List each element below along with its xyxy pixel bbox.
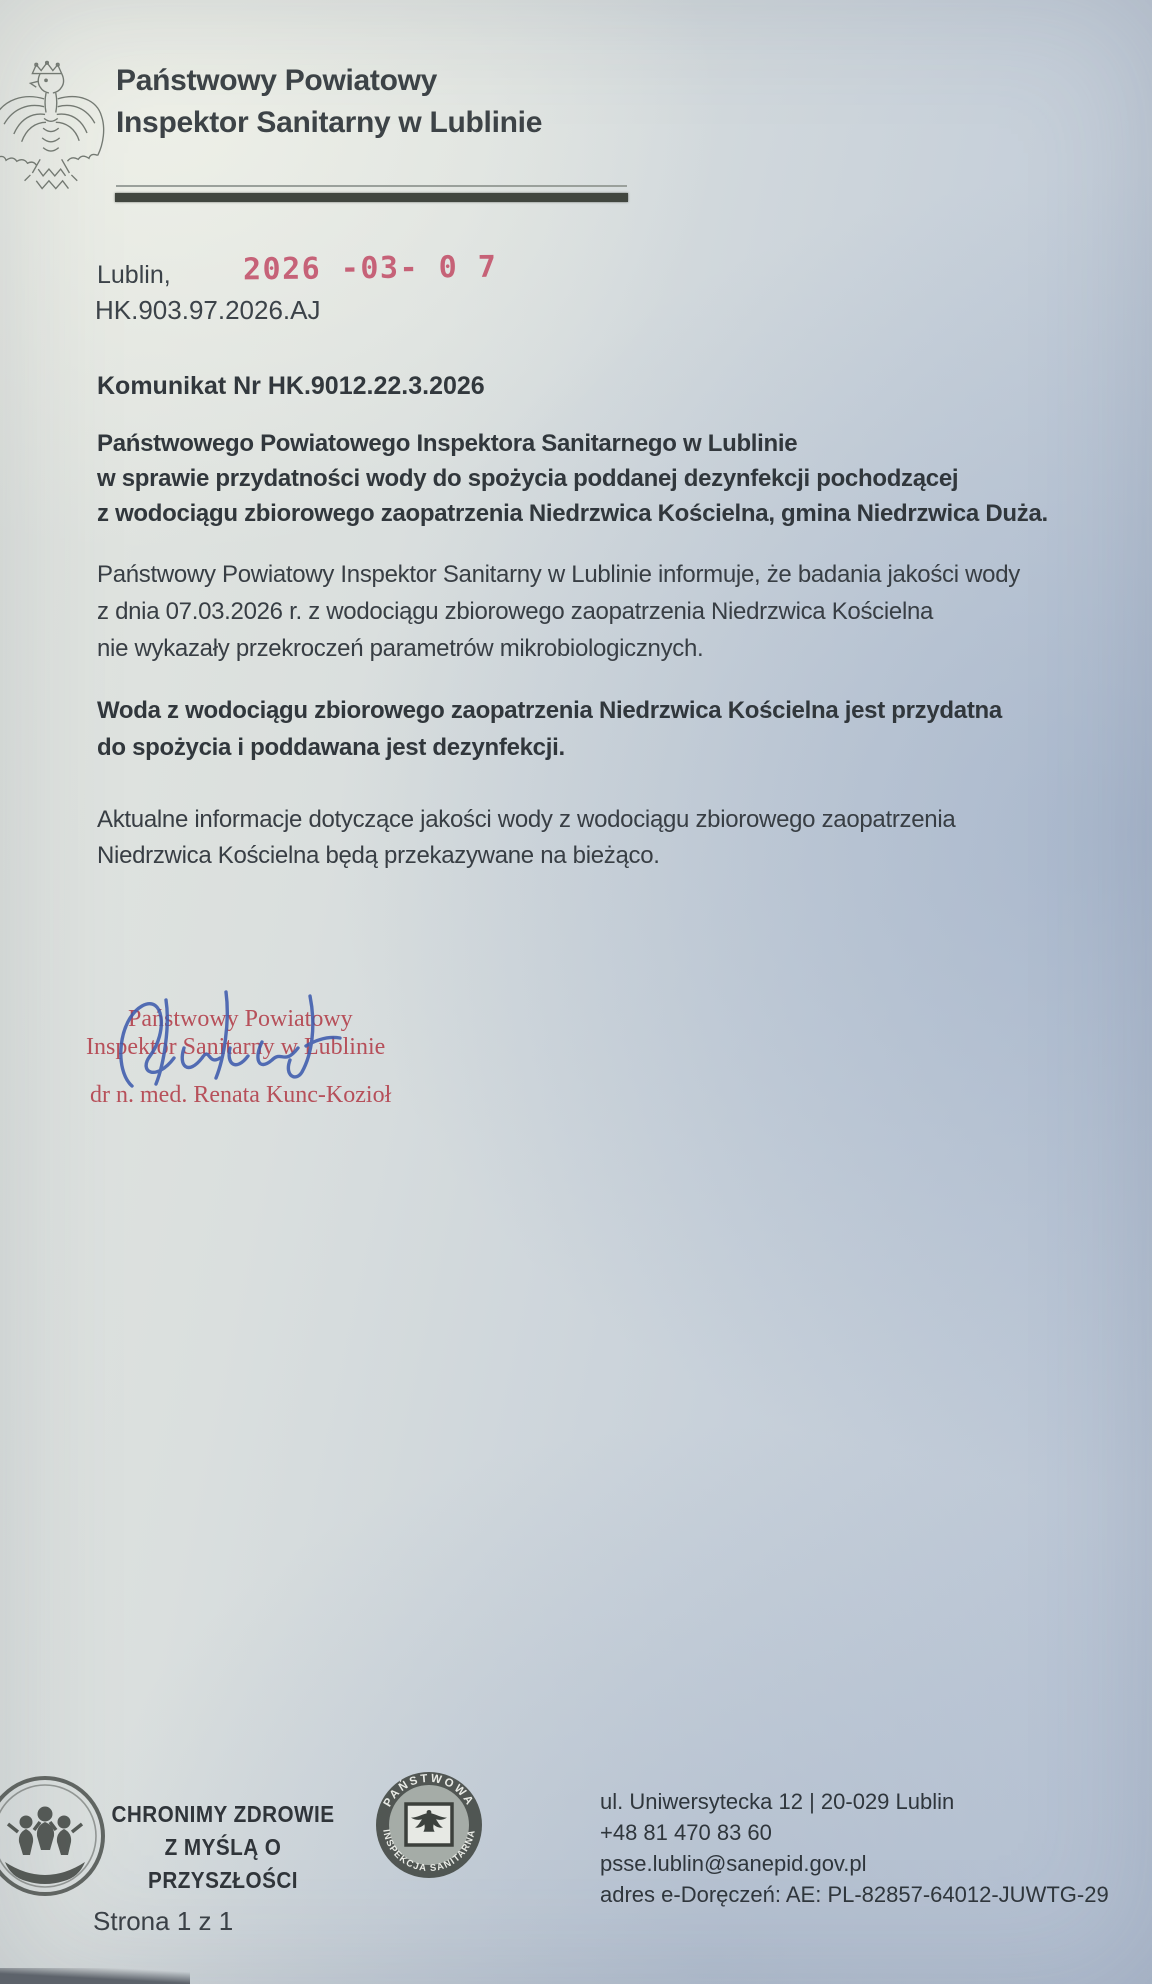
sanitary-inspection-badge-icon: PAŃSTWOWA INSPEKCJA SANITARNA [372, 1768, 486, 1882]
letterhead-title: Państwowy Powiatowy Inspektor Sanitarny … [116, 60, 542, 144]
subject-paragraph: Państwowego Powiatowego Inspektora Sanit… [97, 426, 1048, 531]
footer-address: ul. Uniwersytecka 12 | 20-029 Lublin [600, 1786, 1109, 1817]
subject-line: w sprawie przydatności wody do spożycia … [97, 461, 1048, 496]
footer-slogan: CHRONIMY ZDROWIE Z MYŚLĄ O PRZYSZŁOŚCI [105, 1798, 341, 1897]
polish-eagle-emblem-icon [0, 54, 108, 212]
footer-phone: +48 81 470 83 60 [600, 1817, 1109, 1848]
body-line: do spożycia i poddawana jest dezynfekcji… [97, 729, 1002, 766]
header-divider-thin [116, 185, 627, 187]
body-line: Niedrzwica Kościelna będą przekazywane n… [97, 838, 955, 874]
letterhead-title-line1: Państwowy Powiatowy [116, 60, 542, 102]
body-line: z dnia 07.03.2026 r. z wodociągu zbiorow… [97, 593, 1020, 630]
photo-edge-shadow [0, 1968, 190, 1984]
footer-edelivery: adres e-Doręczeń: AE: PL-82857-64012-JUW… [600, 1879, 1109, 1910]
date-stamp: 2026 -03- 0 7 [243, 250, 498, 288]
page-number: Strona 1 z 1 [93, 1906, 233, 1937]
scanned-letter-page: Państwowy Powiatowy Inspektor Sanitarny … [0, 0, 1152, 1984]
communique-heading: Komunikat Nr HK.9012.22.3.2026 [97, 372, 485, 401]
subject-line: z wodociągu zbiorowego zaopatrzenia Nied… [97, 496, 1048, 531]
city-label: Lublin, [97, 261, 171, 290]
subject-line: Państwowego Powiatowego Inspektora Sanit… [97, 426, 1048, 461]
footer-slogan-line2: Z MYŚLĄ O PRZYSZŁOŚCI [105, 1831, 341, 1897]
body-paragraph-3: Aktualne informacje dotyczące jakości wo… [97, 802, 955, 874]
case-number: HK.903.97.2026.AJ [95, 295, 321, 326]
header-divider-thick [115, 193, 628, 202]
body-line: Aktualne informacje dotyczące jakości wo… [97, 802, 955, 838]
body-paragraph-1: Państwowy Powiatowy Inspektor Sanitarny … [97, 556, 1020, 667]
footer-email: psse.lublin@sanepid.gov.pl [600, 1848, 1109, 1879]
footer-slogan-line1: CHRONIMY ZDROWIE [105, 1798, 341, 1831]
body-paragraph-2-bold: Woda z wodociągu zbiorowego zaopatrzenia… [97, 692, 1002, 766]
body-line: Państwowy Powiatowy Inspektor Sanitarny … [97, 556, 1020, 593]
health-protection-logo-icon [0, 1770, 112, 1904]
body-line: nie wykazały przekroczeń parametrów mikr… [97, 630, 1020, 667]
handwritten-signature-icon [110, 986, 348, 1106]
body-line: Woda z wodociągu zbiorowego zaopatrzenia… [97, 692, 1002, 729]
footer-contact-block: ul. Uniwersytecka 12 | 20-029 Lublin +48… [600, 1786, 1109, 1910]
letterhead-title-line2: Inspektor Sanitarny w Lublinie [116, 102, 542, 144]
